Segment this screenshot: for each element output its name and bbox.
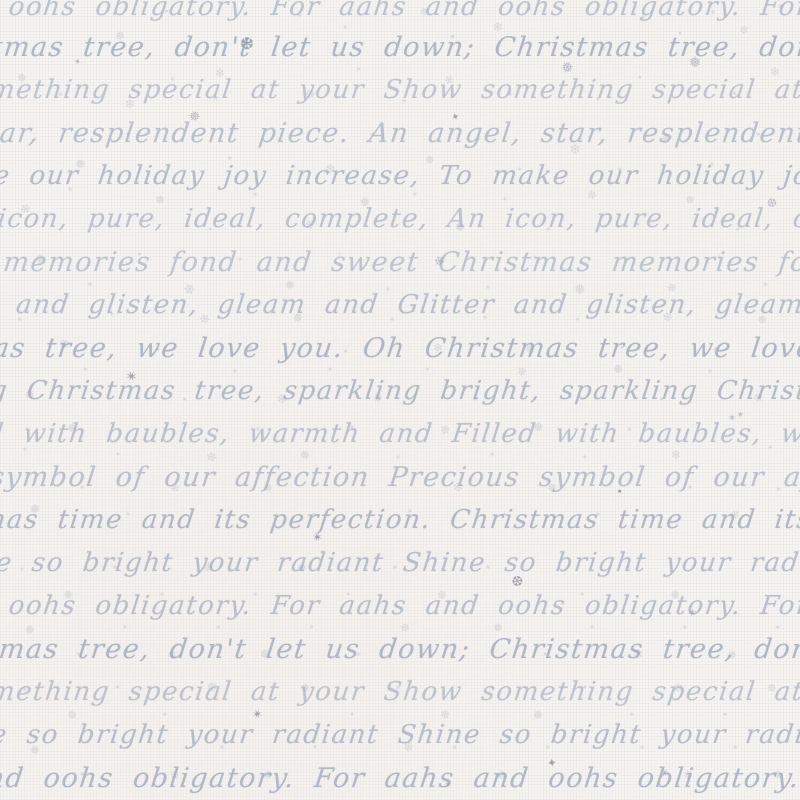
snowflake-icon: ❅ xyxy=(114,29,127,43)
star-icon: ✶ xyxy=(776,3,786,14)
sparkle-icon: ✦ xyxy=(206,226,213,234)
star-icon: ✶ xyxy=(218,508,225,517)
star-icon: ✶ xyxy=(111,221,118,230)
script-line: Shine so bright your radiant Shine so br… xyxy=(0,548,800,578)
snowflake-icon: ❅ xyxy=(284,278,296,292)
star-icon: ✶ xyxy=(634,221,642,230)
star-icon: ✶ xyxy=(710,345,719,355)
star-icon: ✶ xyxy=(450,743,459,753)
snowflake-icon: ❅ xyxy=(187,108,203,125)
snowflake-icon: ❄ xyxy=(770,66,781,79)
snowflake-icon: ❄ xyxy=(752,391,765,405)
snowflake-icon: ❄ xyxy=(442,73,456,88)
star-icon: ✶ xyxy=(167,75,176,85)
snowflake-icon: ❄ xyxy=(433,254,448,270)
snowflake-icon: ❄ xyxy=(125,99,136,112)
sparkle-icon: ✦ xyxy=(342,24,349,32)
snowflake-icon: ❅ xyxy=(684,194,695,207)
star-icon: ✶ xyxy=(706,368,714,377)
star-icon: ✶ xyxy=(55,90,64,100)
star-icon: ✶ xyxy=(618,344,625,352)
sparkle-icon: ✦ xyxy=(341,348,349,357)
snowflake-icon: ❅ xyxy=(612,363,623,376)
sparkle-icon: ✦ xyxy=(311,511,319,520)
script-line: Christmas time and its perfection. Chris… xyxy=(0,505,800,535)
star-icon: ✶ xyxy=(326,366,333,375)
script-line: Show something special at your Show some… xyxy=(0,75,800,105)
star-icon: ✶ xyxy=(709,9,718,19)
star-icon: ✶ xyxy=(406,507,414,516)
sparkle-icon: ✦ xyxy=(124,744,132,753)
sparkle-icon: ✦ xyxy=(450,112,461,124)
sparkle-icon: ✧ xyxy=(336,251,344,260)
snowflake-icon: ❅ xyxy=(262,768,275,782)
star-icon: ✶ xyxy=(251,191,258,200)
snowflake-icon: ❄ xyxy=(215,67,226,80)
star-icon: ✶ xyxy=(716,254,724,263)
script-line: aahs and oohs obligatory. For aahs and o… xyxy=(0,763,800,794)
snowflake-icon: ❅ xyxy=(765,681,779,696)
star-icon: ✶ xyxy=(400,98,408,107)
star-icon: ✶ xyxy=(524,5,533,15)
snowflake-icon: ❄ xyxy=(436,588,449,602)
sparkle-icon: ✦ xyxy=(344,591,351,599)
snowflake-icon: ❅ xyxy=(492,622,503,635)
snowflake-icon: ❅ xyxy=(58,337,72,352)
snowflake-icon: ❅ xyxy=(574,283,587,298)
star-icon: ✶ xyxy=(481,314,489,323)
snowflake-icon: ❆ xyxy=(765,196,778,211)
script-line: Oh Christmas tree, we love you. Oh Chris… xyxy=(0,333,800,364)
star-icon: ✶ xyxy=(624,563,633,572)
star-icon: ✶ xyxy=(158,591,165,599)
snowflake-icon: ❄ xyxy=(729,508,742,522)
sparkle-icon: ✦ xyxy=(615,487,624,497)
star-icon: ✶ xyxy=(22,446,29,454)
star-icon: ✶ xyxy=(391,563,399,572)
star-icon: ✶ xyxy=(231,367,240,377)
snowflake-icon: ❄ xyxy=(276,393,289,408)
star-icon: ✶ xyxy=(254,425,262,434)
sparkle-icon: ✦ xyxy=(424,366,432,375)
star-icon: ✶ xyxy=(595,96,602,104)
sparkle-icon: ✧ xyxy=(211,96,219,105)
star-icon: ✴ xyxy=(659,766,671,779)
star-icon: ✶ xyxy=(765,443,774,453)
star-icon: ✶ xyxy=(394,683,403,692)
snowflake-icon: ❄ xyxy=(324,163,336,177)
snowflake-icon: ❅ xyxy=(298,447,312,462)
snowflake-icon: ❅ xyxy=(424,153,437,167)
sparkle-icon: ✦ xyxy=(574,316,582,325)
star-icon: ✶ xyxy=(708,160,716,169)
script-line: aahs and oohs obligatory. For aahs and o… xyxy=(0,591,800,621)
star-icon: ✶ xyxy=(66,185,75,194)
star-icon: ✶ xyxy=(73,650,82,660)
star-icon: ✶ xyxy=(153,345,162,355)
sparkle-icon: ✦ xyxy=(581,454,588,462)
snowflake-icon: ❄ xyxy=(672,682,683,695)
script-line: Shine so bright your radiant Shine so br… xyxy=(0,720,800,750)
script-line: Christmas tree, don't let us down; Chris… xyxy=(0,634,800,665)
snowflake-icon: ❅ xyxy=(295,561,309,576)
star-icon: ✴ xyxy=(598,44,610,56)
snowflake-icon: ❅ xyxy=(669,588,682,602)
star-icon: ✶ xyxy=(472,396,479,404)
snowflake-icon: ❄ xyxy=(168,767,182,782)
star-icon: ✶ xyxy=(624,256,632,265)
snowflake-icon: ❅ xyxy=(359,196,372,211)
script-line: An angel, star, resplendent piece. An an… xyxy=(0,118,800,149)
snowflake-icon: ❄ xyxy=(198,312,213,328)
star-icon: ✶ xyxy=(731,90,739,100)
snowflake-icon: ❅ xyxy=(291,310,305,325)
snowflake-icon: ❅ xyxy=(66,708,79,722)
snowflake-icon: ❅ xyxy=(523,342,537,357)
star-icon: ✴ xyxy=(726,411,738,424)
snowflake-icon: ❄ xyxy=(586,188,599,202)
snowflake-icon: ❅ xyxy=(261,480,275,495)
star-icon: ✶ xyxy=(686,483,694,492)
star-icon: ✶ xyxy=(505,90,514,100)
script-line: Christmas tree, don't let us down; Chris… xyxy=(0,32,800,63)
snowflake-icon: ❄ xyxy=(169,481,182,495)
snowflake-icon: ❄ xyxy=(738,23,749,36)
star-icon: ✶ xyxy=(225,155,235,166)
snowflake-icon: ❅ xyxy=(545,481,558,495)
star-icon: ✶ xyxy=(615,165,624,175)
star-icon: ✶ xyxy=(354,650,362,659)
star-icon: ✶ xyxy=(686,606,698,620)
snowflake-icon: ❅ xyxy=(418,5,431,19)
star-icon: ✶ xyxy=(735,411,745,422)
sparkle-icon: ✦ xyxy=(658,396,666,405)
script-line: An icon, pure, ideal, complete, An icon,… xyxy=(0,204,800,234)
star-icon: ✶ xyxy=(160,710,169,720)
star-icon: ✶ xyxy=(246,343,254,352)
sparkle-icon: ✦ xyxy=(122,624,128,631)
star-icon: ✶ xyxy=(31,135,39,144)
star-icon: ✶ xyxy=(368,131,376,140)
star-icon: ✶ xyxy=(78,770,87,780)
star-icon: ✶ xyxy=(447,33,457,44)
sparkle-icon: ✦ xyxy=(677,30,683,37)
sparkle-icon: ✦ xyxy=(181,396,189,405)
snowflake-icon: ❅ xyxy=(558,59,575,78)
script-line: To make our holiday joy increase, To mak… xyxy=(0,161,800,191)
snowflake-icon: ❅ xyxy=(154,194,165,207)
snowflake-icon: ❄ xyxy=(632,648,644,662)
sparkle-icon: ✦ xyxy=(595,511,601,518)
script-line: Show something special at your Show some… xyxy=(0,677,800,707)
snowflake-icon: ❅ xyxy=(23,388,37,403)
star-icon: ✶ xyxy=(78,484,86,493)
snowflake-icon: ❄ xyxy=(452,481,464,495)
star-icon: ✶ xyxy=(86,280,94,289)
star-icon: ✶ xyxy=(680,623,689,633)
star-icon: ✶ xyxy=(448,650,456,659)
script-line: Glitter and glisten, gleam and Glitter a… xyxy=(0,290,800,320)
snowflake-icon: ❄ xyxy=(18,202,33,218)
star-icon: ✶ xyxy=(236,255,245,264)
star-icon: ✶ xyxy=(80,365,89,375)
sparkle-icon: ✦ xyxy=(753,130,762,140)
sparkle-icon: ✦ xyxy=(531,254,538,262)
star-icon: ✶ xyxy=(765,566,772,574)
star-icon: ✶ xyxy=(588,623,597,633)
snowflake-icon: ❅ xyxy=(73,157,88,173)
star-icon: ✶ xyxy=(639,13,647,22)
sparkle-icon: ✦ xyxy=(542,651,548,658)
snowflake-icon: ❅ xyxy=(299,682,310,695)
star-icon: ✶ xyxy=(20,685,29,695)
star-icon: ✴ xyxy=(250,707,265,723)
star-icon: ✶ xyxy=(258,83,266,92)
snowflake-icon: ❄ xyxy=(665,281,679,296)
star-icon: ✶ xyxy=(484,564,491,573)
star-icon: ✶ xyxy=(488,683,496,692)
star-icon: ✶ xyxy=(501,511,508,520)
sparkle-icon: ✦ xyxy=(546,756,558,769)
star-icon: ✴ xyxy=(310,530,325,546)
sparkle-icon: ✦ xyxy=(516,166,524,175)
sparkle-icon: ✦ xyxy=(312,744,319,752)
sparkle-icon: ✦ xyxy=(349,424,355,431)
snowflake-icon: ❄ xyxy=(303,218,317,233)
snowflake-icon: ❅ xyxy=(303,87,318,103)
snowflake-icon: ❅ xyxy=(531,707,545,722)
snowflake-icon: ❅ xyxy=(531,420,545,435)
star-icon: ✶ xyxy=(628,711,635,719)
star-icon: ✶ xyxy=(484,283,493,292)
snowflake-icon: ❅ xyxy=(454,221,465,234)
star-icon: ✶ xyxy=(19,566,26,574)
snowflake-icon: ❄ xyxy=(682,769,693,782)
snowflake-icon: ❅ xyxy=(23,622,37,637)
sparkle-icon: ✦ xyxy=(501,196,508,204)
snowflake-icon: ❆ xyxy=(240,36,255,53)
snowflake-icon: ❅ xyxy=(725,647,739,662)
star-icon: ✶ xyxy=(214,624,221,633)
sparkle-icon: ✦ xyxy=(115,451,122,459)
script-line: Christmas memories fond and sweet Christ… xyxy=(0,247,800,278)
snowflake-icon: ❅ xyxy=(660,134,670,146)
sparkle-icon: ✦ xyxy=(114,684,122,693)
sparkle-icon: ✦ xyxy=(124,131,132,139)
script-line: sparkling Christmas tree, sparkling brig… xyxy=(0,376,800,406)
star-icon: ✶ xyxy=(731,743,740,753)
star-icon: ✶ xyxy=(251,591,258,600)
snowflake-icon: ❅ xyxy=(755,313,769,328)
fabric-swatch: ✶❅✦❆❄✶✦❅✶❄✶❅✴✶✦✶❄✶❅✶✦❄✶✧✶❅✦✶❄✦✶✶✦❅✶❄✶❅✦❅… xyxy=(0,0,800,800)
sparkle-icon: ✦ xyxy=(761,280,770,289)
snowflake-icon: ❅ xyxy=(495,767,509,782)
snowflake-icon: ❅ xyxy=(28,743,42,758)
snowflake-icon: ❄ xyxy=(167,649,178,662)
sparkle-icon: ✦ xyxy=(308,624,316,633)
star-icon: ✶ xyxy=(774,485,783,495)
snowflake-icon: ❅ xyxy=(30,504,41,517)
star-icon: ✶ xyxy=(544,226,552,235)
snowflake-icon: ❅ xyxy=(33,252,47,267)
snowflake-icon: ❅ xyxy=(371,390,385,405)
snowflake-icon: ❄ xyxy=(516,365,529,379)
star-icon: ✶ xyxy=(160,425,169,435)
star-icon: ✶ xyxy=(15,315,24,325)
snowflake-icon: ❄ xyxy=(492,21,504,35)
star-icon: ✶ xyxy=(358,771,366,780)
sparkle-icon: ✦ xyxy=(582,684,588,691)
snowflake-icon: ❄ xyxy=(401,740,415,755)
snowflake-icon: ❄ xyxy=(439,708,452,722)
sparkle-icon: ✦ xyxy=(637,74,644,82)
sparkle-icon: ✦ xyxy=(544,744,551,752)
snowflake-icon: ❄ xyxy=(438,423,452,438)
snowflake-icon: ❄ xyxy=(432,342,443,355)
snowflake-icon: ❄ xyxy=(202,561,214,575)
sparkle-icon: ✦ xyxy=(349,711,356,719)
snowflake-icon: ❄ xyxy=(661,310,675,325)
snowflake-icon: ❄ xyxy=(182,281,199,299)
star-icon: ✶ xyxy=(33,9,43,20)
sparkle-icon: ✧ xyxy=(274,136,282,145)
star-icon: ✶ xyxy=(474,135,483,145)
sparkle-icon: ✦ xyxy=(136,251,144,260)
star-icon: ✶ xyxy=(218,744,225,752)
script-line: aahs and oohs obligatory. For aahs and o… xyxy=(0,0,800,22)
sparkle-icon: ✦ xyxy=(72,58,82,69)
sparkle-icon: ✦ xyxy=(774,623,783,632)
star-icon: ✶ xyxy=(388,315,396,324)
star-icon: ✶ xyxy=(294,11,303,21)
sparkle-icon: ✦ xyxy=(354,66,362,75)
snowflake-icon: ❅ xyxy=(772,768,785,782)
star-icon: ✶ xyxy=(625,425,634,435)
script-line: Filled with baubles, warmth and Filled w… xyxy=(0,419,800,449)
sparkle-icon: ✦ xyxy=(108,311,115,319)
snowflake-icon: ❄ xyxy=(206,681,218,695)
sparkle-icon: ✦ xyxy=(125,511,132,519)
snowflake-icon: ❄ xyxy=(671,449,681,461)
snowflake-icon: ❆ xyxy=(509,573,525,590)
star-icon: ✶ xyxy=(638,744,646,753)
star-icon: ✶ xyxy=(444,781,453,791)
star-icon: ✶ xyxy=(565,393,574,403)
star-icon: ✶ xyxy=(411,190,420,199)
snowflake-icon: ❅ xyxy=(689,55,702,70)
snowflake-icon: ❄ xyxy=(569,143,581,157)
star-icon: ✶ xyxy=(394,454,401,463)
snowflake-icon: ❄ xyxy=(399,621,412,635)
sparkle-icon: ✦ xyxy=(579,591,586,599)
snowflake-icon: ❅ xyxy=(16,71,27,84)
sparkle-icon: ✦ xyxy=(733,225,742,235)
sparkle-icon: ✦ xyxy=(163,8,171,17)
snowflake-icon: ❄ xyxy=(205,450,219,465)
sparkle-icon: ✦ xyxy=(112,564,118,571)
snowflake-icon: ❅ xyxy=(259,648,271,662)
star-icon: ✶ xyxy=(385,286,392,294)
star-icon: ✶ xyxy=(488,451,496,460)
star-icon: ✴ xyxy=(124,368,141,386)
snowflake-icon: ❅ xyxy=(61,587,75,602)
script-line: Precious symbol of our affection Preciou… xyxy=(0,462,800,493)
star-icon: ✶ xyxy=(721,711,728,720)
snowflake-icon: ❅ xyxy=(66,421,77,434)
